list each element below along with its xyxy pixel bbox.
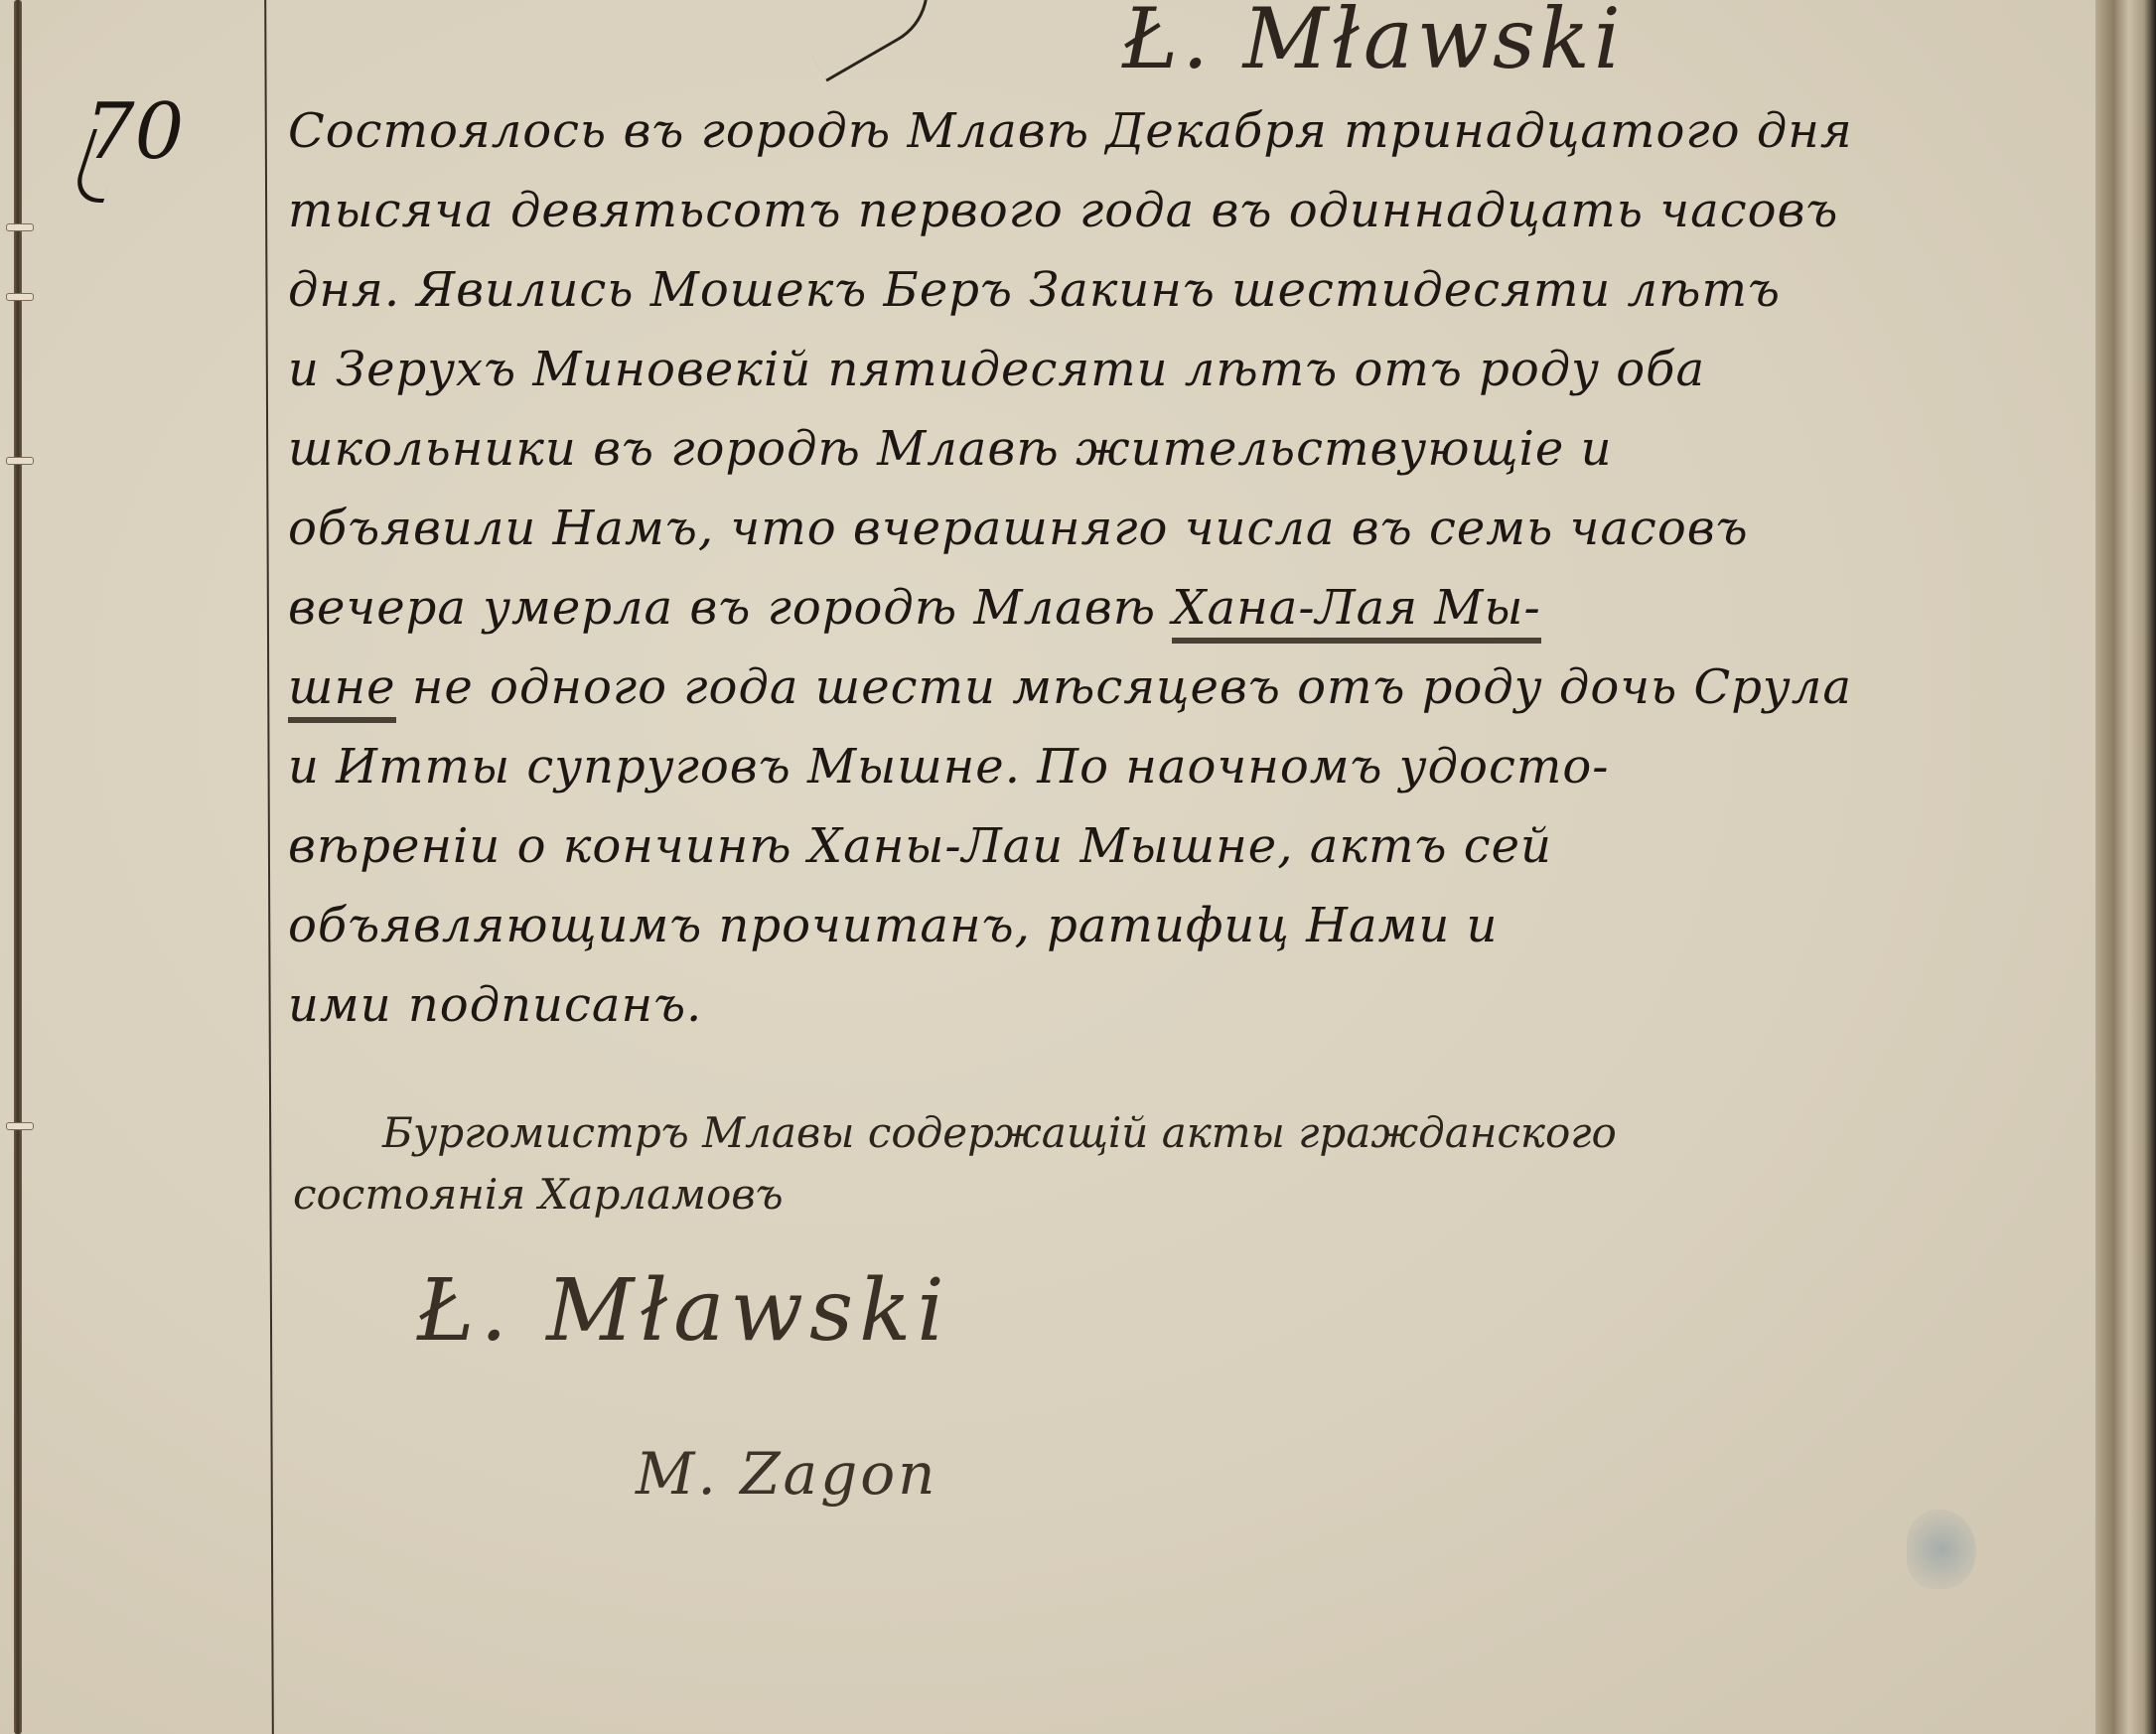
- binding-edge: [14, 0, 22, 1734]
- record-line: и Зерухъ Миновекій пятидесяти лѣтъ отъ р…: [288, 330, 2066, 409]
- record-line-text: вечера умерла въ городѣ Млавѣ: [288, 580, 1156, 636]
- signature-witness: M. Zagon: [636, 1440, 938, 1508]
- record-line: вечера умерла въ городѣ Млавѣ Хана-Лая М…: [288, 568, 2066, 648]
- record-line: ими подписанъ.: [288, 965, 2066, 1045]
- record-line: объявили Намъ, что вчерашняго числа въ с…: [288, 489, 2066, 568]
- previous-signature-flourish: [781, 0, 949, 82]
- record-line: объявляющимъ прочитанъ, ратифиц Нами и: [288, 886, 2066, 965]
- document-page: Ł. Mławski 70 Состоялось въ городѣ Млавѣ…: [0, 0, 2105, 1734]
- registrar-attestation: Бургомистръ Млавы содержащій акты гражда…: [293, 1102, 2031, 1226]
- record-line: дня. Явились Мошекъ Беръ Закинъ шестидес…: [288, 250, 2066, 330]
- binding-stitch: [6, 457, 34, 465]
- record-line: тысяча девятьсотъ первого года въ одинна…: [288, 171, 2066, 250]
- record-line: и Итты супруговъ Мышне. По наочномъ удос…: [288, 727, 2066, 806]
- record-line: шне не одного года шести мѣсяцевъ отъ ро…: [288, 648, 2066, 727]
- binding-stitch: [6, 223, 34, 231]
- record-line: вѣреніи о кончинѣ Ханы-Лаи Мышне, актъ с…: [288, 806, 2066, 886]
- record-body: Состоялось въ городѣ Млавѣ Декабря трина…: [288, 91, 2066, 1045]
- record-line-text: не одного года шести мѣсяцевъ отъ роду д…: [412, 659, 1852, 715]
- book-gutter: [2095, 0, 2156, 1734]
- record-line: Состоялось въ городѣ Млавѣ Декабря трина…: [288, 91, 2066, 171]
- margin-rule: [264, 0, 274, 1734]
- deceased-name-continued: шне: [288, 659, 396, 723]
- binding-stitch: [6, 1122, 34, 1130]
- attestation-line: состоянія Харламовъ: [293, 1164, 2031, 1226]
- attestation-line: Бургомистръ Млавы содержащій акты гражда…: [293, 1102, 2031, 1164]
- binding-stitch: [6, 293, 34, 301]
- previous-entry-signature: Ł. Mławski: [1122, 0, 1625, 87]
- record-line: школьники въ городѣ Млавѣ жительствующіе…: [288, 409, 2066, 489]
- signature-registrar: Ł. Mławski: [417, 1261, 950, 1361]
- ink-stain: [1907, 1510, 1976, 1589]
- deceased-name: Хана-Лая Мы-: [1172, 580, 1540, 644]
